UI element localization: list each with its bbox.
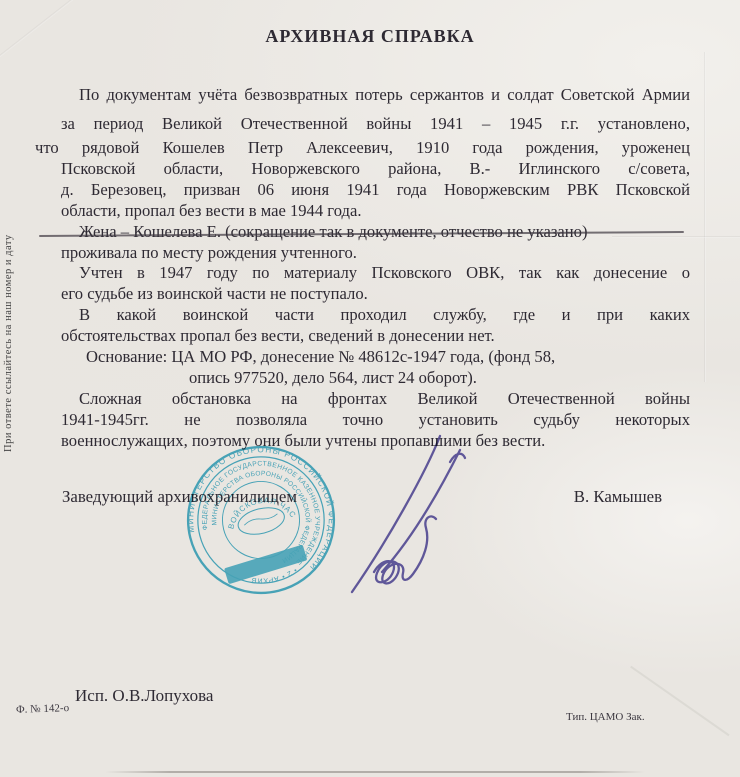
paragraph-accounting: Учтен в 1947 году по материалу Псковског…	[61, 263, 690, 305]
form-number: Ф. № 142-о	[16, 702, 69, 716]
certificate-body: По документам учёта безвозвратных потерь…	[61, 80, 690, 452]
paragraph-wife-note: Жена – Кошелева Е. (сокращение так в док…	[61, 222, 690, 264]
signer-name: В. Камышев	[574, 487, 662, 507]
body-line: Сложная обстановка на фронтах Великой От…	[61, 389, 690, 410]
body-line: проживала по месту рождения учтенного.	[61, 243, 690, 264]
scan-edge-shadow	[105, 771, 645, 773]
handwritten-signature	[322, 420, 497, 605]
archival-certificate-scan: При ответе ссылайтесь на наш номер и дат…	[0, 0, 740, 777]
signature-stroke	[450, 454, 465, 462]
body-line: По документам учёта безвозвратных потерь…	[61, 80, 690, 109]
paragraph-person-details: что рядовой Кошелев Петр Алексеевич, 191…	[61, 138, 690, 222]
body-line: его судьбе из воинской части не поступал…	[61, 284, 690, 305]
paper-crease-diagonal	[630, 666, 729, 736]
body-line-strikethrough: Жена – Кошелева Е. (сокращение так в док…	[61, 222, 690, 243]
page-title: АРХИВНАЯ СПРАВКА	[0, 26, 740, 47]
signature-stroke	[382, 450, 460, 572]
signature-stroke	[374, 516, 436, 583]
body-line: Псковской области, Новоржевского района,…	[61, 159, 690, 180]
body-line: обстоятельствах пропал без вести, сведен…	[61, 326, 690, 347]
paper-crease-vertical	[704, 52, 706, 382]
paragraph-intro: По документам учёта безвозвратных потерь…	[61, 80, 690, 138]
paragraph-service-unknown: В какой воинской части проходил службу, …	[61, 305, 690, 347]
paragraph-basis: Основание: ЦА МО РФ, донесение № 48612с-…	[61, 347, 690, 389]
executor-name: Исп. О.В.Лопухова	[75, 686, 213, 706]
signature-stroke	[352, 436, 440, 592]
body-line: В какой воинской части проходил службу, …	[61, 305, 690, 326]
body-line: д. Березовец, призван 06 июня 1941 года …	[61, 180, 690, 201]
body-line: опись 977520, дело 564, лист 24 оборот).	[189, 368, 690, 389]
body-line: области, пропал без вести в мае 1944 год…	[61, 201, 690, 222]
round-stamp: МИНИСТЕРСТВО ОБОРОНЫ РОССИЙСКОЙ ФЕДЕРАЦИ…	[184, 443, 338, 597]
body-line: Основание: ЦА МО РФ, донесение № 48612с-…	[61, 347, 690, 368]
body-line: Учтен в 1947 году по материалу Псковског…	[61, 263, 690, 284]
print-house-note: Тип. ЦАМО Зак.	[566, 711, 645, 723]
margin-reference-note: При ответе ссылайтесь на наш номер и дат…	[3, 150, 14, 452]
stamp-center-scribble	[244, 514, 279, 526]
body-line: что рядовой Кошелев Петр Алексеевич, 191…	[35, 138, 690, 159]
body-line: за период Великой Отечественной войны 19…	[61, 109, 690, 138]
